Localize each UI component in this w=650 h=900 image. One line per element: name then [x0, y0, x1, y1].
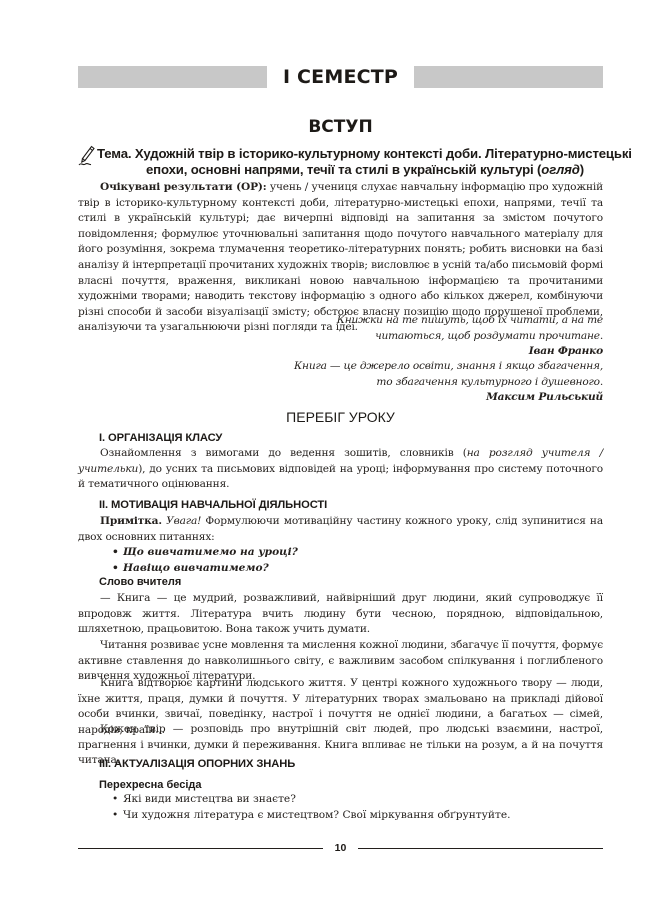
header-bar-left — [78, 66, 267, 88]
expected-results-label: Очікувані результати (ОР): — [100, 181, 267, 193]
list-item: Що вивчатимемо на уроці? — [112, 545, 298, 561]
footer-rule-right — [358, 848, 603, 849]
cross-conversation-title: Перехресна бесіда — [99, 779, 202, 791]
expected-results-text: учень / учениця слухає навчальну інформа… — [78, 181, 603, 333]
theme-line-2: епохи, основні напрями, течії та стилі в… — [78, 162, 608, 178]
epigraph-author: Максим Рильський — [294, 390, 603, 406]
list-item: Які види мистецтва ви знаєте? — [112, 792, 510, 808]
teacher-paragraph: — Книга — це мудрий, розважливий, найвір… — [78, 591, 603, 638]
semester-header: І СЕМЕСТР — [78, 65, 603, 89]
stage-1-text: Ознайомлення з вимогами до ведення зошит… — [78, 446, 603, 493]
list-item: Навіщо вивчатимемо? — [112, 561, 298, 577]
semester-title: І СЕМЕСТР — [267, 66, 414, 88]
motivation-questions: Що вивчатимемо на уроці? Навіщо вивчатим… — [112, 545, 298, 576]
stage-3-title: ІІІ. АКТУАЛІЗАЦІЯ ОПОРНИХ ЗНАНЬ — [99, 758, 295, 770]
pen-icon — [78, 145, 98, 167]
stage-2-note: Примітка. Увага! Формулюючи мотиваційну … — [78, 514, 603, 545]
lesson-theme: Тема. Художній твір в історико-культурно… — [78, 146, 608, 178]
course-heading: ПЕРЕБІГ УРОКУ — [78, 409, 603, 425]
theme-line-1: Тема. Художній твір в історико-культурно… — [78, 146, 608, 162]
footer-rule-left — [78, 848, 323, 849]
epigraph-author: Іван Франко — [337, 344, 603, 360]
conversation-questions: Які види мистецтва ви знаєте? Чи художня… — [112, 792, 510, 823]
stage-1-title: І. ОРГАНІЗАЦІЯ КЛАСУ — [99, 432, 222, 444]
page-footer: 10 — [78, 840, 603, 856]
list-item: Чи художня література є мистецтвом? Свої… — [112, 808, 510, 824]
page-number: 10 — [323, 842, 359, 854]
teacher-word-title: Слово вчителя — [99, 576, 181, 588]
section-title: ВСТУП — [78, 117, 603, 137]
stage-2-title: ІІ. МОТИВАЦІЯ НАВЧАЛЬНОЇ ДІЯЛЬНОСТІ — [99, 499, 327, 511]
header-bar-right — [414, 66, 603, 88]
epigraph-franko: Книжки на те пишуть, щоб їх читати, а на… — [337, 313, 603, 360]
epigraph-rylsky: Книга — це джерело освіти, знання і якщо… — [294, 359, 603, 406]
